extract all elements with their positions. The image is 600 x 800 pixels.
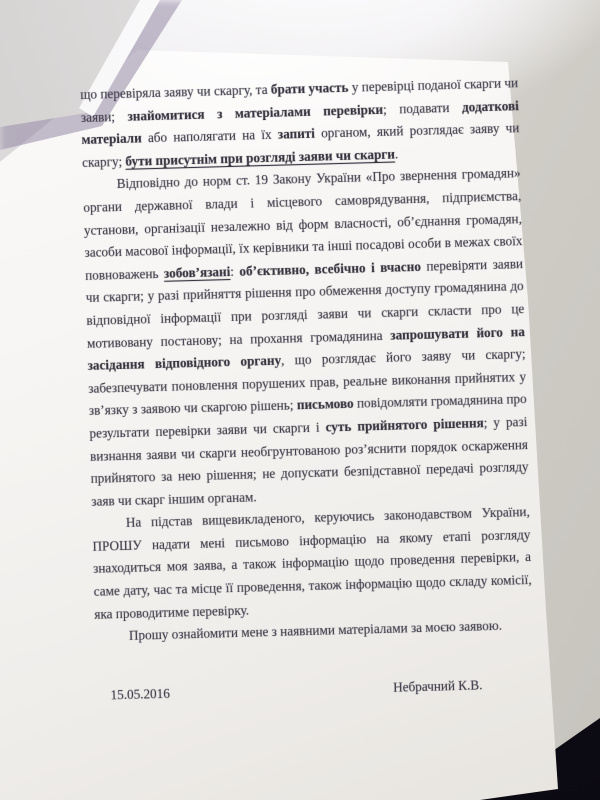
paragraph: що перевіряла заяву чи скаргу, та брати … (80, 72, 520, 174)
text-segment: На підстав вищевикладеного, керуючись за… (92, 504, 531, 621)
document-content: що перевіряла заяву чи скаргу, та брати … (80, 72, 535, 707)
text-segment: . (395, 146, 399, 161)
text-segment: суть прийнятого рішення (325, 415, 483, 434)
signature-label: Небрачний К.В. (393, 674, 483, 699)
photo-scene: що перевіряла заяву чи скаргу, та брати … (0, 0, 600, 800)
text-segment: об’єктивно, всебічно і вчасно (239, 259, 421, 279)
paragraph: На підстав вищевикладеного, керуючись за… (92, 501, 533, 626)
text-segment: письмово (297, 396, 354, 413)
text-segment: зобов’язані (164, 264, 231, 281)
text-segment: запиті (278, 126, 315, 142)
document-body: що перевіряла заяву чи скаргу, та брати … (80, 72, 533, 648)
text-segment: брати участь (271, 80, 349, 97)
paragraph: Відповідно до норм ст. 19 Закону України… (82, 162, 529, 513)
text-segment: бути присутнім при розгляді заяви чи ска… (125, 146, 395, 168)
text-segment: ; подавати (383, 99, 462, 116)
text-segment: або наполягати на їх (141, 127, 278, 146)
date-label: 15.05.2016 (110, 683, 170, 707)
text-segment: що перевіряла заяву чи скаргу, та (80, 82, 271, 102)
text-segment: знайомитися з матеріалами перевірки (127, 101, 383, 123)
